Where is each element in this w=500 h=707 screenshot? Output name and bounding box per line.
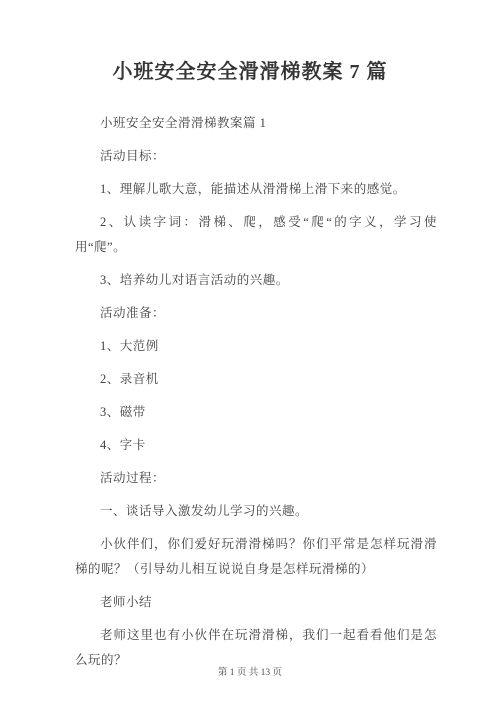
paragraph: 1、大范例 [75,334,437,359]
paragraph: 4、字卡 [75,433,437,458]
paragraph: 2、录音机 [75,367,437,392]
page-title: 小班安全安全滑滑梯教案 7 篇 [0,0,500,87]
paragraph: 3、磁带 [75,400,437,425]
paragraph: 活动过程： [75,466,437,491]
document-page: 小班安全安全滑滑梯教案 7 篇 小班安全安全滑滑梯教案篇 1 活动目标： 1、理… [0,0,500,707]
paragraph: 老师小结 [75,590,437,615]
paragraph: 小班安全安全滑滑梯教案篇 1 [75,111,437,136]
paragraph: 老师这里也有小伙伴在玩滑滑梯，我们一起看看他们是怎么玩的？ [75,623,437,673]
paragraph: 活动准备： [75,301,437,326]
paragraph: 1、理解儿歌大意，能描述从滑滑梯上滑下来的感觉。 [75,177,437,202]
page-number-footer: 第 1 页 共 13 页 [0,668,500,679]
paragraph: 2、认读字词：滑梯、爬，感受“爬“的字义，学习使用“爬”。 [75,210,437,260]
paragraph: 3、培养幼儿对语言活动的兴趣。 [75,268,437,293]
paragraph: 一、谈话导入激发幼儿学习的兴趣。 [75,499,437,524]
paragraph: 小伙伴们，你们爱好玩滑滑梯吗？你们平常是怎样玩滑滑梯的呢？（引导幼儿相互说说自身… [75,532,437,582]
paragraph: 活动目标： [75,144,437,169]
document-body: 小班安全安全滑滑梯教案篇 1 活动目标： 1、理解儿歌大意，能描述从滑滑梯上滑下… [75,111,437,673]
